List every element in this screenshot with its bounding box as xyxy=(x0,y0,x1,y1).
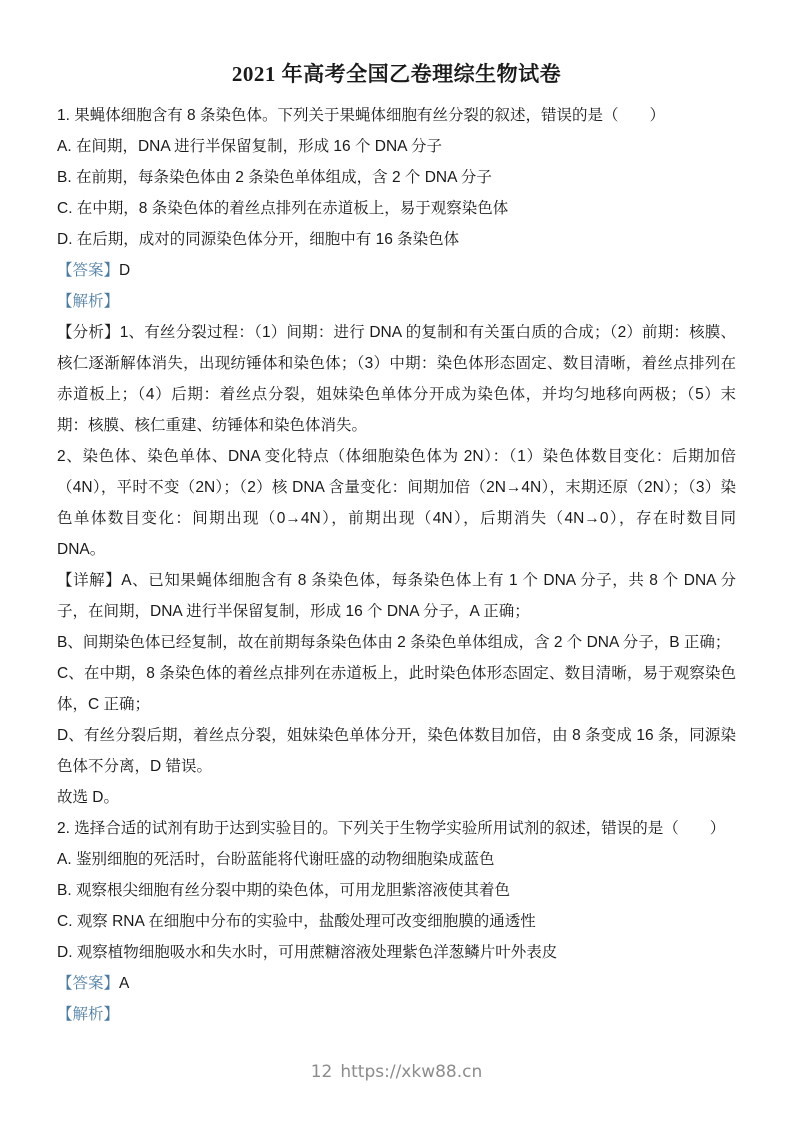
q1-detail-para-d: D、有丝分裂后期，着丝点分裂，姐妹染色单体分开，染色体数目加倍，由 8 条变成 … xyxy=(57,720,736,782)
q1-option-a: A. 在间期，DNA 进行半保留复制，形成 16 个 DNA 分子 xyxy=(57,131,736,162)
q2-answer-row: 【答案】A xyxy=(57,968,736,999)
q1-detail-para-a: 【详解】A、已知果蝇体细胞含有 8 条染色体，每条染色体上有 1 个 DNA 分… xyxy=(57,565,736,627)
q1-option-d: D. 在后期，成对的同源染色体分开，细胞中有 16 条染色体 xyxy=(57,224,736,255)
q1-analysis-label: 【解析】 xyxy=(57,293,119,310)
document-body: 2021 年高考全国乙卷理综生物试卷 1. 果蝇体细胞含有 8 条染色体。下列关… xyxy=(57,58,736,1030)
page-number: 12 xyxy=(311,1062,333,1082)
q2-stem: 2. 选择合适的试剂有助于达到实验目的。下列关于生物学实验所用试剂的叙述，错误的… xyxy=(57,813,736,844)
q2-option-c: C. 观察 RNA 在细胞中分布的实验中，盐酸处理可改变细胞膜的通透性 xyxy=(57,906,736,937)
q1-conclusion: 故选 D。 xyxy=(57,782,736,813)
page-footer: 12https://xkw88.cn xyxy=(0,1062,793,1082)
q1-answer-row: 【答案】D xyxy=(57,255,736,286)
q1-detail-para-b: B、间期染色体已经复制，故在前期每条染色体由 2 条染色单体组成，含 2 个 D… xyxy=(57,627,736,658)
q1-detail-para-c: C、在中期，8 条染色体的着丝点排列在赤道板上，此时染色体形态固定、数目清晰，易… xyxy=(57,658,736,720)
document-page: 2021 年高考全国乙卷理综生物试卷 1. 果蝇体细胞含有 8 条染色体。下列关… xyxy=(0,0,793,1122)
q2-answer-value: A xyxy=(119,975,129,992)
q1-answer-label: 【答案】 xyxy=(57,262,119,279)
q2-option-d: D. 观察植物细胞吸水和失水时，可用蔗糖溶液处理紫色洋葱鳞片叶外表皮 xyxy=(57,937,736,968)
page-title: 2021 年高考全国乙卷理综生物试卷 xyxy=(57,58,736,90)
q1-stem: 1. 果蝇体细胞含有 8 条染色体。下列关于果蝇体细胞有丝分裂的叙述，错误的是（… xyxy=(57,100,736,131)
q1-answer-value: D xyxy=(119,262,130,279)
q1-analysis-row: 【解析】 xyxy=(57,286,736,317)
q1-analysis-para-1: 【分析】1、有丝分裂过程：（1）间期：进行 DNA 的复制和有关蛋白质的合成；（… xyxy=(57,317,736,441)
q1-option-b: B. 在前期，每条染色体由 2 条染色单体组成，含 2 个 DNA 分子 xyxy=(57,162,736,193)
q2-option-b: B. 观察根尖细胞有丝分裂中期的染色体，可用龙胆紫溶液使其着色 xyxy=(57,875,736,906)
q2-answer-label: 【答案】 xyxy=(57,975,119,992)
footer-url: https://xkw88.cn xyxy=(340,1062,482,1082)
q1-option-c: C. 在中期，8 条染色体的着丝点排列在赤道板上，易于观察染色体 xyxy=(57,193,736,224)
q1-analysis-para-2: 2、染色体、染色单体、DNA 变化特点（体细胞染色体为 2N）：（1）染色体数目… xyxy=(57,441,736,565)
q2-analysis-label: 【解析】 xyxy=(57,1006,119,1023)
q2-analysis-row: 【解析】 xyxy=(57,999,736,1030)
q2-option-a: A. 鉴别细胞的死活时，台盼蓝能将代谢旺盛的动物细胞染成蓝色 xyxy=(57,844,736,875)
